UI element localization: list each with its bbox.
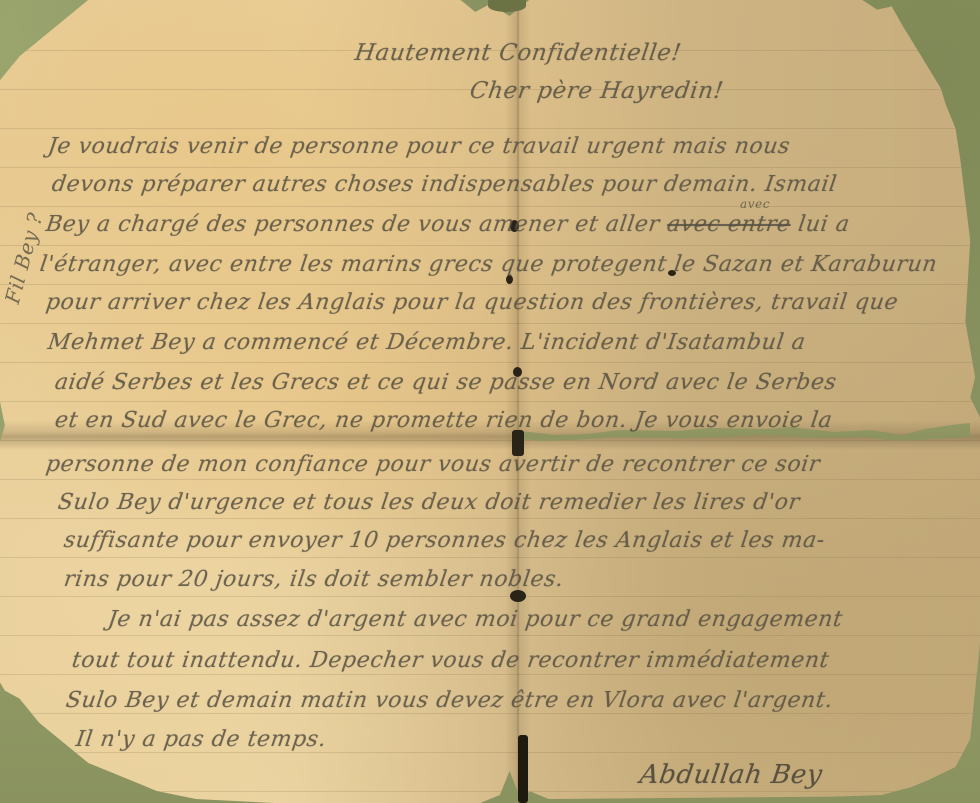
- letter-line-text: tout tout inattendu. Depecher vous de re…: [70, 648, 831, 673]
- letter-text: Hautement Confidentielle! Cher père Hayr…: [0, 0, 980, 803]
- letter-line: Je voudrais venir de personne pour ce tr…: [46, 134, 792, 159]
- letter-salutation: Cher père Hayredin!: [468, 78, 725, 104]
- letter-line: Mehmet Bey a commencé et Décembre. L'inc…: [46, 330, 807, 355]
- letter-line: Bey a chargé des personnes de vous amene…: [44, 212, 851, 237]
- letter-line: pour arriver chez les Anglais pour la qu…: [44, 290, 900, 315]
- letter-line: devons préparer autres choses indispensa…: [50, 172, 838, 197]
- letter-line-text: Bey a chargé des personnes de vous amene…: [44, 212, 661, 237]
- letter-line-tail: lui a: [797, 212, 852, 237]
- letter-line: Il n'y a pas de temps.: [74, 727, 328, 752]
- letter-line: Sulo Bey et demain matin vous devez être…: [64, 688, 835, 713]
- letter-line: personne de mon confiance pour vous aver…: [44, 452, 822, 477]
- letter-line: l'étranger, avec entre les marins grecs …: [38, 252, 939, 277]
- letter-line: aidé Serbes et les Grecs et ce qui se pa…: [53, 370, 838, 395]
- letter-line: Sulo Bey d'urgence et tous les deux doit…: [56, 490, 801, 515]
- letter-line: et en Sud avec le Grec, ne promette rien…: [53, 408, 834, 433]
- letter-line: Je n'ai pas assez d'argent avec moi pour…: [106, 607, 844, 632]
- letter-heading: Hautement Confidentielle!: [353, 40, 683, 66]
- letter-line: tout tout inattendu. Depecher vous de re…: [70, 648, 831, 673]
- struck-text: avec entre: [665, 212, 792, 237]
- letter-line: rins pour 20 jours, ils doit sembler nob…: [62, 567, 565, 592]
- signature: Abdullah Bey: [638, 760, 825, 790]
- letter-line: suffisante pour envoyer 10 personnes che…: [62, 528, 826, 553]
- inserted-word: avec: [740, 197, 770, 211]
